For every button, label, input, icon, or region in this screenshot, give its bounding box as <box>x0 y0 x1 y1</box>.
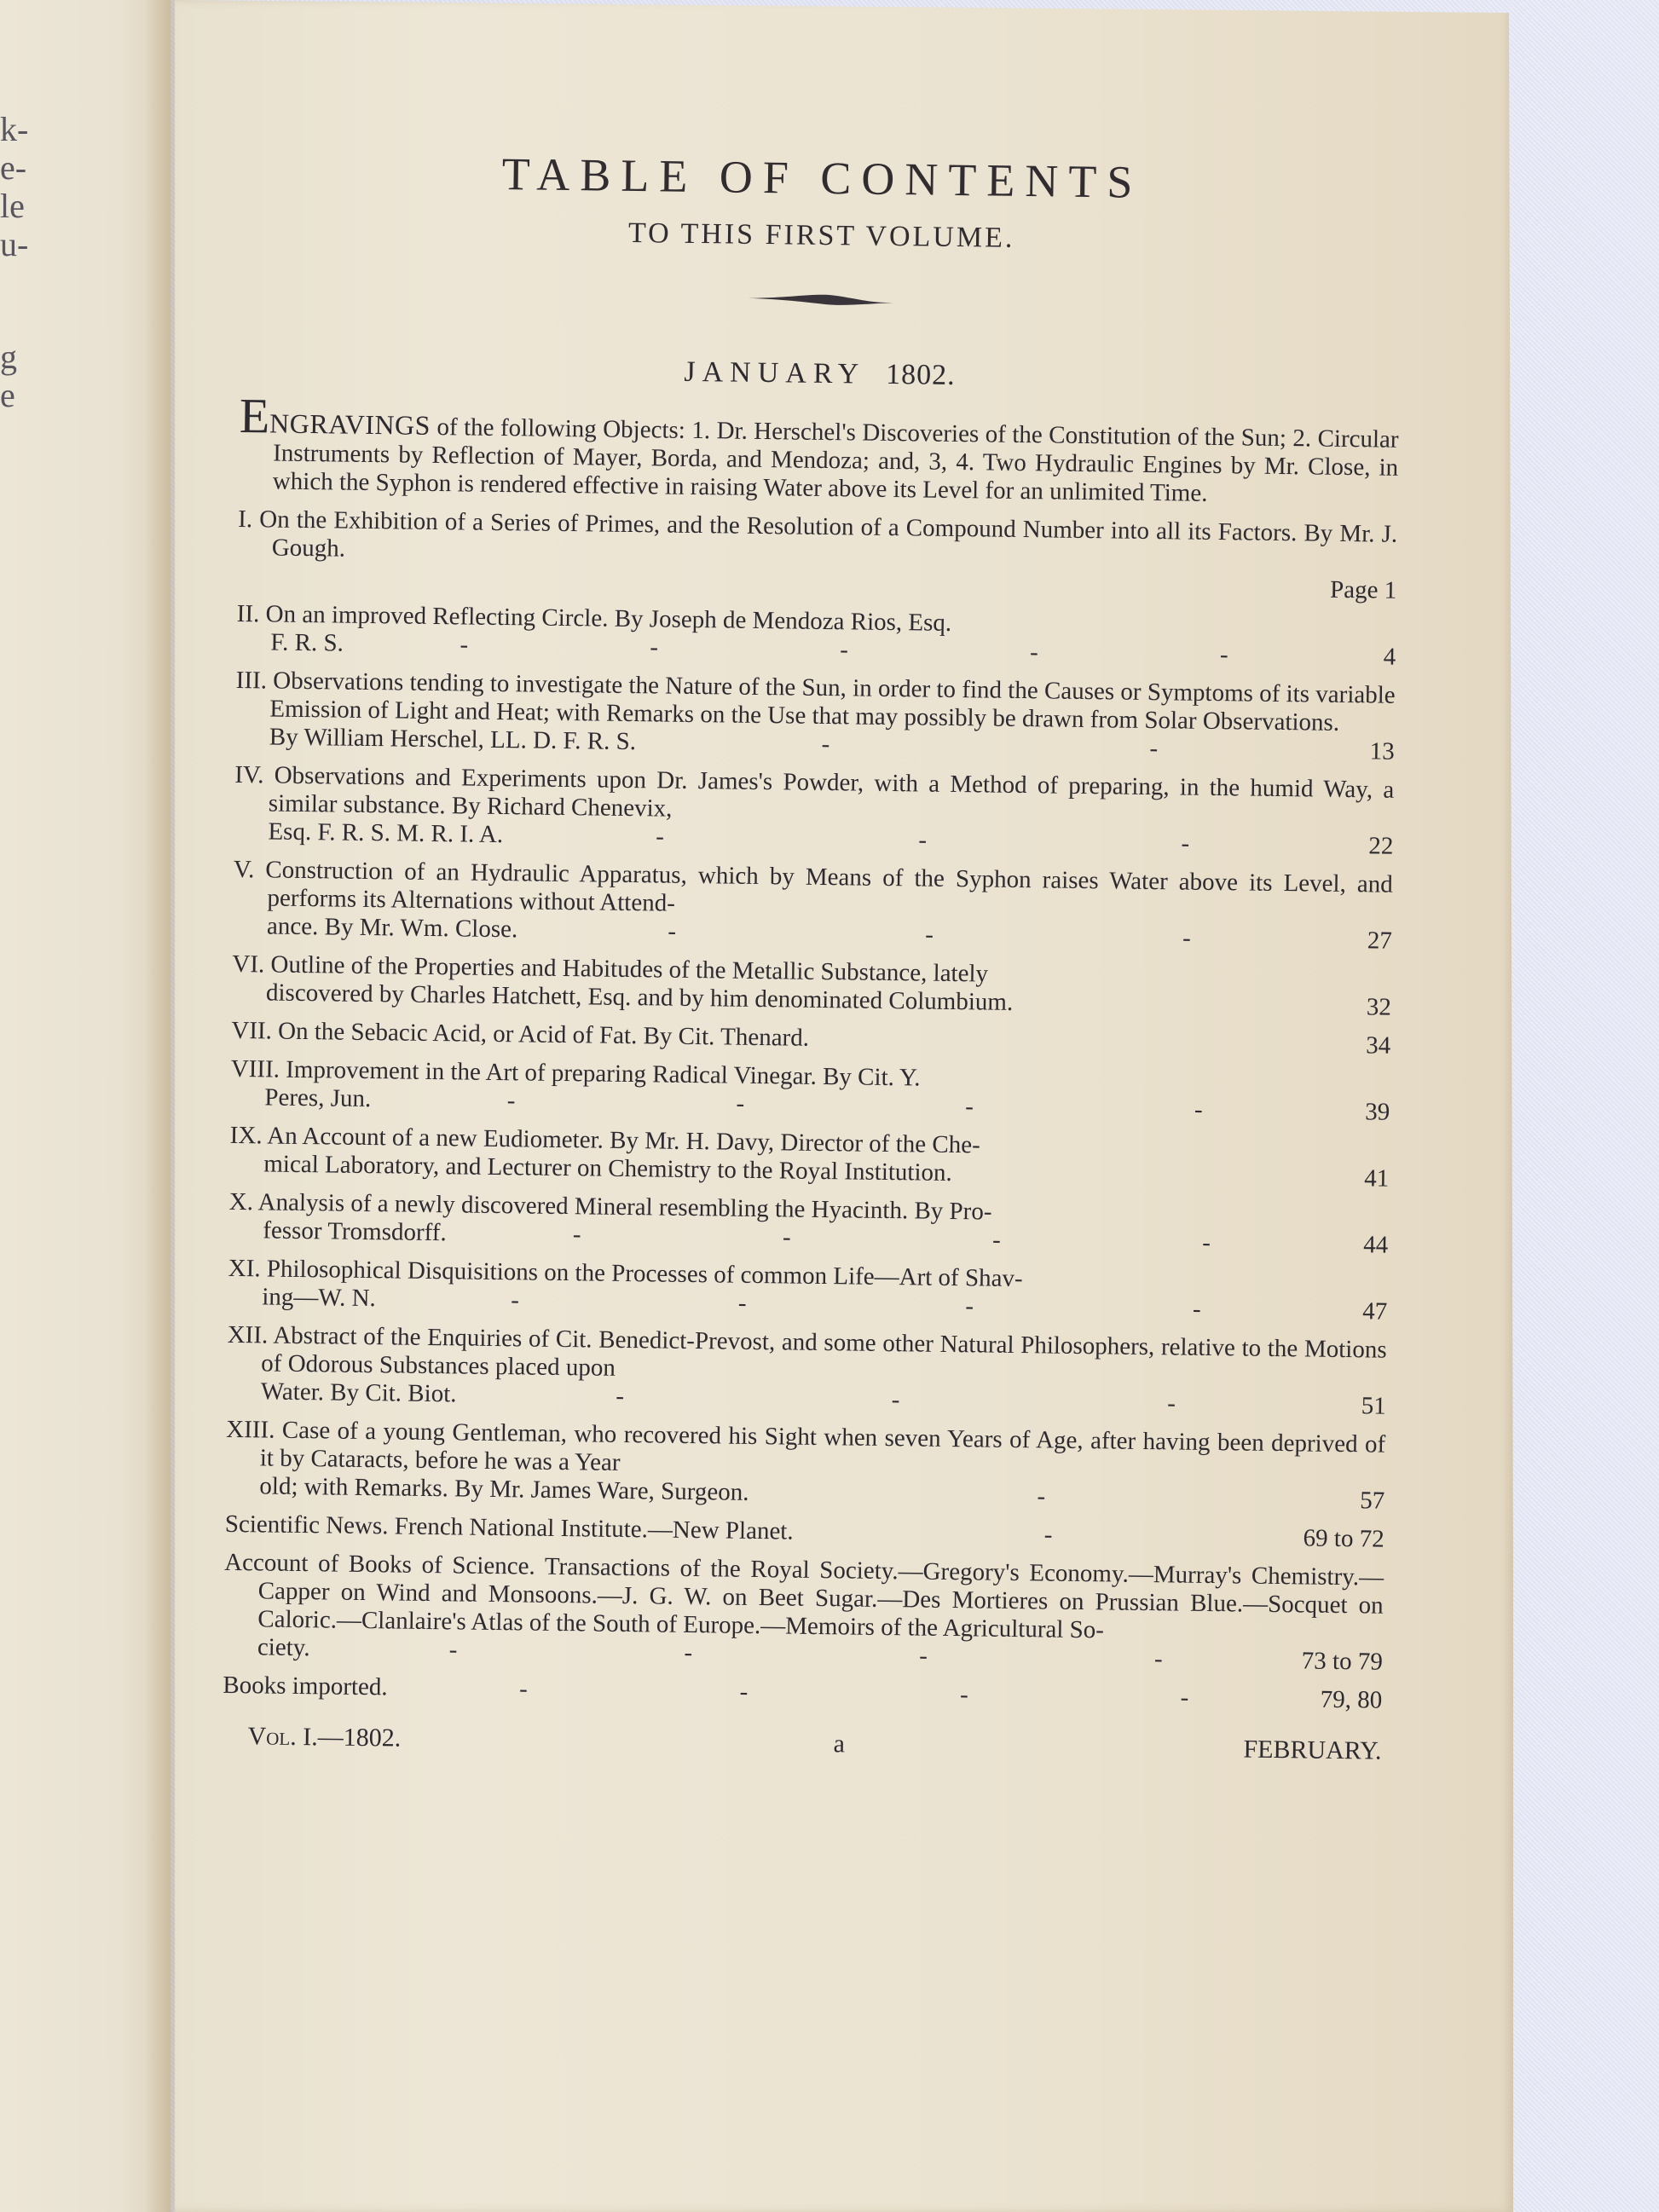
page-number: 57 <box>1333 1487 1384 1516</box>
entry-title: Construction of an Hydraulic Apparatus, … <box>265 856 1393 916</box>
toc-entry: XI. Philosophical Disquisitions on the P… <box>228 1255 1388 1326</box>
entry-trail-text: Esq. F. R. S. M. R. I. A. <box>268 817 503 848</box>
misc-list: Scientific News. French National Institu… <box>223 1510 1384 1715</box>
leader-dashes <box>952 1181 1338 1186</box>
toc-entry: IV. Observations and Experiments upon Dr… <box>234 761 1394 861</box>
entry-text: Account of Books of Science. Transaction… <box>223 1549 1384 1649</box>
entry-title: Abstract of the Enquiries of Cit. Benedi… <box>261 1322 1387 1382</box>
page-number: 4 <box>1344 643 1396 672</box>
signature-mark: a <box>833 1730 845 1759</box>
entry-trail-line: Scientific News. French National Institu… <box>225 1510 1384 1554</box>
entry-trail-text: Water. By Cit. Biot. <box>261 1377 457 1407</box>
toc-entry: I. On the Exhibition of a Series of Prim… <box>237 505 1397 605</box>
page-number: 79, 80 <box>1321 1686 1383 1715</box>
page-number: 41 <box>1338 1164 1389 1193</box>
entry-title: Case of a young Gentleman, who recovered… <box>260 1417 1386 1476</box>
leader-dashes <box>809 1046 1339 1053</box>
entry-number: IX. <box>230 1122 263 1149</box>
toc-entry: III. Observations tending to investigate… <box>235 667 1396 766</box>
leader-dashes <box>271 583 1330 597</box>
toc-entry: VI. Outline of the Properties and Habitu… <box>232 950 1392 1022</box>
month-heading: JANUARY1802. <box>240 349 1399 399</box>
entry-number: VIII. <box>231 1055 280 1083</box>
entry-trail-text: Books imported. <box>223 1672 388 1701</box>
page-number: 69 to 72 <box>1303 1524 1384 1553</box>
catchword: FEBRUARY. <box>1243 1736 1381 1766</box>
entry-trail-text: ciety. <box>257 1633 310 1661</box>
toc-entry: VIII. Improvement in the Art of preparin… <box>230 1055 1390 1127</box>
engravings-text: of the following Objects: 1. Dr. Hersche… <box>273 413 1399 507</box>
entry-number: XIII. <box>226 1416 275 1444</box>
entry-number: VII. <box>231 1017 272 1045</box>
entry-trail-text: F. R. S. <box>270 628 344 656</box>
entry-trail-text: Scientific News. French National Institu… <box>225 1510 794 1545</box>
left-page-fragment: le <box>0 186 25 226</box>
entry-number: XII. <box>228 1321 269 1349</box>
toc-entry: XII. Abstract of the Enquiries of Cit. B… <box>227 1321 1387 1421</box>
entry-title: Observations and Experiments upon Dr. Ja… <box>269 762 1395 823</box>
left-page-fragment: u- <box>0 224 28 264</box>
entry-trail-text: ance. By Mr. Wm. Close. <box>267 912 518 943</box>
entry-trail-text: Peres, Jun. <box>264 1083 371 1112</box>
page-number: Page 1 <box>1330 576 1397 605</box>
toc-entry: XIII. Case of a young Gentleman, who rec… <box>225 1416 1385 1516</box>
page-number: 27 <box>1341 927 1392 956</box>
toc-entry: IX. An Account of a new Eudiometer. By M… <box>229 1122 1390 1193</box>
entry-trail-text: fessor Tromsdorff. <box>263 1216 447 1246</box>
page-number: 34 <box>1339 1031 1390 1060</box>
page-number: 39 <box>1338 1098 1390 1127</box>
left-page-fragment: k- <box>0 109 28 149</box>
entry-title: Account of Books of Science. Transaction… <box>224 1549 1384 1644</box>
entry-number: II. <box>237 600 260 627</box>
leader-dashes: - <box>793 1518 1303 1553</box>
toc-entry: VII. On the Sebacic Acid, or Acid of Fat… <box>231 1017 1390 1060</box>
engravings-lead: NGRAVINGS <box>269 407 431 440</box>
entry-trail-text: On the Sebacic Acid, or Acid of Fat. By … <box>278 1018 809 1052</box>
engravings-entry: ENGRAVINGS of the following Objects: 1. … <box>239 399 1399 511</box>
page-number: 44 <box>1337 1231 1388 1260</box>
toc-entry: Account of Books of Science. Transaction… <box>223 1549 1384 1677</box>
entry-number: VI. <box>232 950 264 978</box>
left-page-fragment: e <box>0 375 15 415</box>
drop-cap: E <box>239 388 269 443</box>
entry-number: III. <box>236 667 268 694</box>
entry-number: I. <box>238 505 252 533</box>
entry-trail-text: By William Herschel, LL. D. F. R. S. <box>269 723 637 755</box>
article-list: I. On the Exhibition of a Series of Prim… <box>225 505 1397 1516</box>
entry-trail-line: Books imported.----79, 80 <box>223 1672 1382 1715</box>
table-of-contents: TABLE OF CONTENTS TO THIS FIRST VOLUME. … <box>222 145 1402 1766</box>
leader-dashes: ---- <box>387 1673 1320 1713</box>
entry-trail-text: old; with Remarks. By Mr. James Ware, Su… <box>259 1472 749 1506</box>
entry-number: IV. <box>234 761 264 788</box>
toc-entry: V. Construction of an Hydraulic Apparatu… <box>233 856 1393 956</box>
toc-entry: X. Analysis of a newly discovered Minera… <box>228 1188 1389 1260</box>
month-year: 1802. <box>886 359 956 391</box>
entry-number: XI. <box>228 1255 261 1282</box>
entry-trail-line: VII. On the Sebacic Acid, or Acid of Fat… <box>231 1017 1390 1060</box>
toc-entry: Scientific News. French National Institu… <box>225 1510 1384 1554</box>
page-number: 22 <box>1342 832 1393 861</box>
toc-entry: II. On an improved Reflecting Circle. By… <box>236 600 1396 672</box>
entry-number: V. <box>234 856 255 883</box>
entry-trail-text: ing—W. N. <box>262 1283 376 1312</box>
toc-entry: Books imported.----79, 80 <box>223 1672 1382 1715</box>
left-page-fragment: g <box>0 337 17 377</box>
left-page-fragment: e- <box>0 147 26 188</box>
page-number: 47 <box>1336 1297 1387 1326</box>
leader-dashes <box>1013 1010 1340 1014</box>
volume-line: Vol. I.—1802. <box>247 1722 401 1753</box>
entry-number: X. <box>229 1188 254 1216</box>
page-number: 73 to 79 <box>1302 1647 1383 1676</box>
entry-title: On the Exhibition of a Series of Primes,… <box>259 505 1397 562</box>
page-subtitle: TO THIS FIRST VOLUME. <box>241 211 1401 261</box>
month-name: JANUARY <box>684 356 865 390</box>
page-number: 51 <box>1335 1392 1386 1421</box>
ornamental-rule-icon <box>749 293 893 307</box>
page-number: 13 <box>1344 737 1395 766</box>
page-number: 32 <box>1340 993 1391 1022</box>
